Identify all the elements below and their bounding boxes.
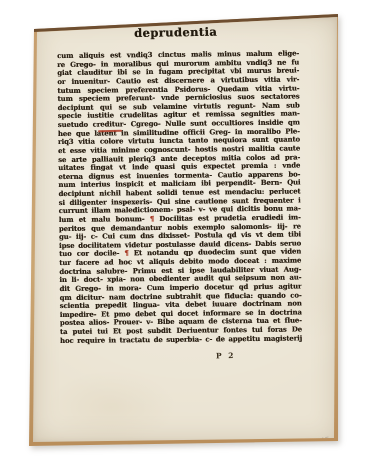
running-title: deprudentia: [134, 24, 254, 40]
book-leaf: deprudentia cum aliquis est vndiq3 cinct…: [0, 0, 370, 463]
book-page: deprudentia cum aliquis est vndiq3 cinct…: [0, 0, 370, 463]
text-block: cum aliquis est vndiq3 cinctus malis min…: [57, 49, 302, 345]
signature-mark: P 2: [216, 351, 256, 361]
photo-background: deprudentia cum aliquis est vndiq3 cinct…: [0, 0, 370, 463]
